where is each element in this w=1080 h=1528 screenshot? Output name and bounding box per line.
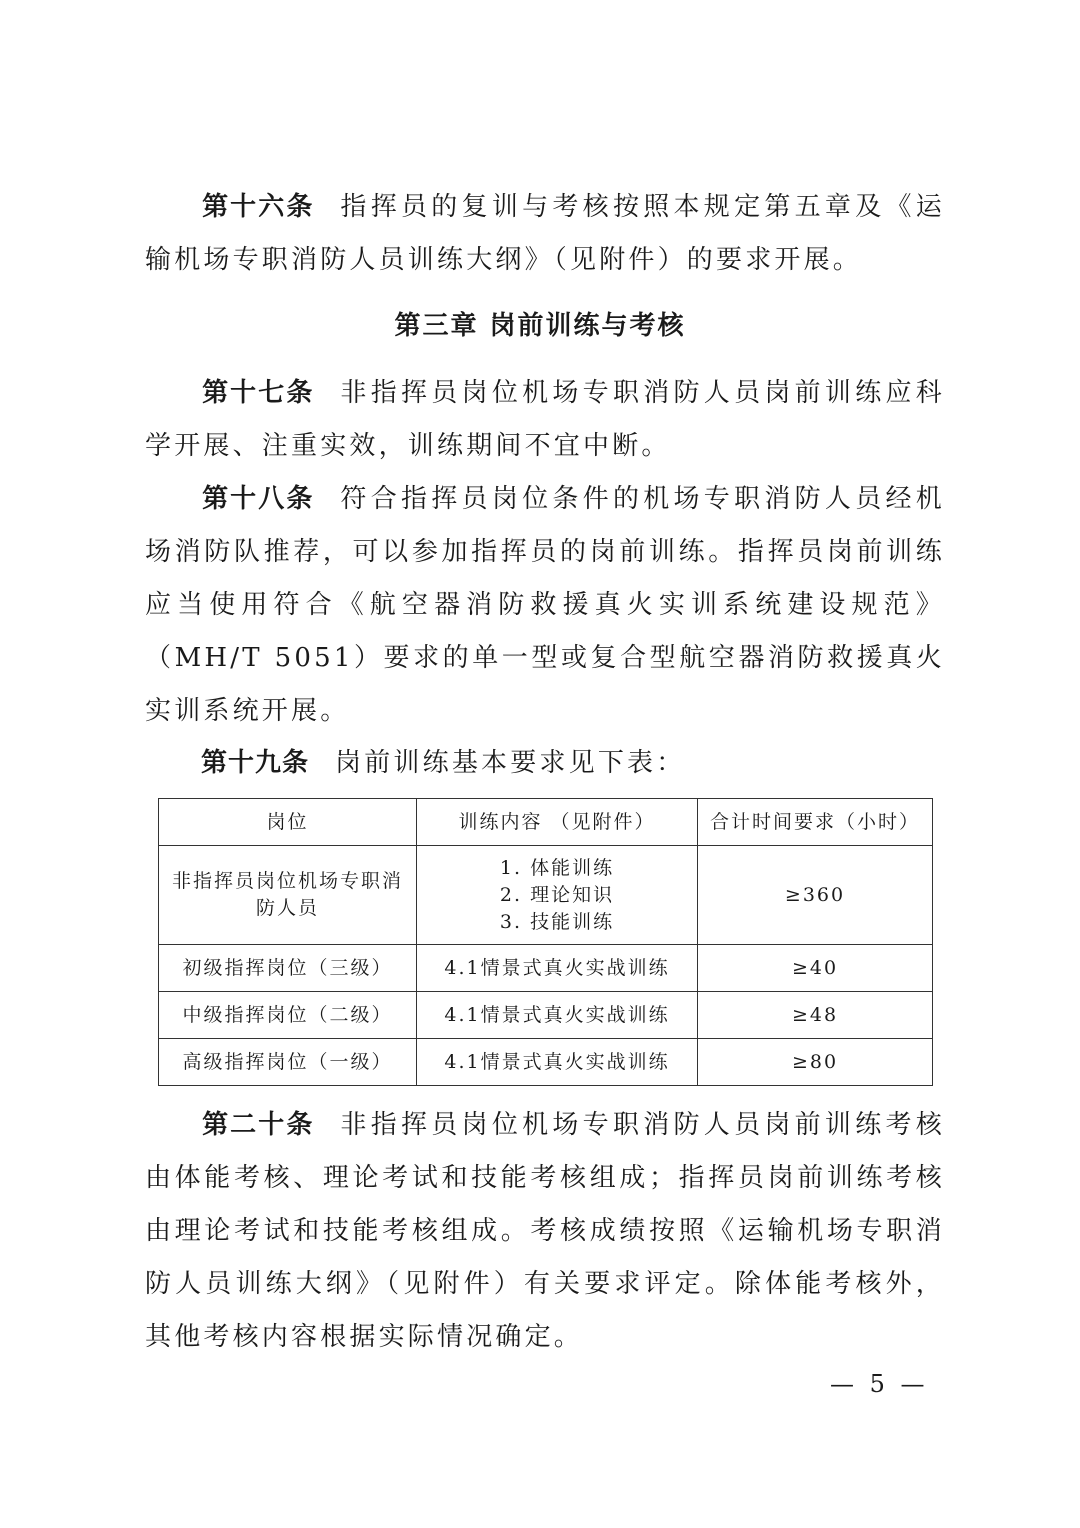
hours-cell: ≥360 (698, 846, 933, 945)
article-text: 符合指挥员岗位条件的机场专职消防人员经机场消防队推荐，可以参加指挥员的岗前训练。… (145, 484, 945, 726)
hours-cell: ≥48 (698, 992, 933, 1039)
table-row: 初级指挥岗位（三级） 4.1情景式真火实战训练 ≥40 (159, 945, 933, 992)
header-cell: 岗位 (159, 799, 417, 846)
hours-cell: ≥40 (698, 945, 933, 992)
content-item: 3. 技能训练 (423, 909, 691, 936)
page-number: — 5 — (830, 1370, 929, 1398)
training-requirements-table: 岗位 训练内容 （见附件） 合计时间要求（小时） 非指挥员岗位机场专职消防人员 … (158, 798, 933, 1086)
content-item: 1. 体能训练 (423, 855, 691, 882)
table-header-row: 岗位 训练内容 （见附件） 合计时间要求（小时） (159, 799, 933, 846)
position-cell: 中级指挥岗位（二级） (159, 992, 417, 1039)
table-row: 高级指挥岗位（一级） 4.1情景式真火实战训练 ≥80 (159, 1039, 933, 1086)
article-label: 第十九条 (201, 748, 309, 778)
article-label: 第二十条 (201, 1110, 314, 1140)
hours-cell: ≥80 (698, 1039, 933, 1086)
table-row: 非指挥员岗位机场专职消防人员 1. 体能训练 2. 理论知识 3. 技能训练 ≥… (159, 846, 933, 945)
article-18: 第十八条符合指挥员岗位条件的机场专职消防人员经机场消防队推荐，可以参加指挥员的岗… (145, 473, 945, 738)
chapter-title: 第三章 岗前训练与考核 (0, 305, 1080, 342)
table-row: 中级指挥岗位（二级） 4.1情景式真火实战训练 ≥48 (159, 992, 933, 1039)
article-16: 第十六条指挥员的复训与考核按照本规定第五章及《运输机场专职消防人员训练大纲》（见… (145, 181, 945, 287)
article-text: 岗前训练基本要求见下表： (335, 748, 685, 778)
article-label: 第十八条 (201, 484, 314, 514)
article-label: 第十七条 (201, 378, 314, 408)
position-cell: 初级指挥岗位（三级） (159, 945, 417, 992)
article-19: 第十九条岗前训练基本要求见下表： (145, 737, 945, 790)
content-item: 2. 理论知识 (423, 882, 691, 909)
content-cell: 4.1情景式真火实战训练 (417, 945, 698, 992)
article-text: 非指挥员岗位机场专职消防人员岗前训练考核由体能考核、理论考试和技能考核组成；指挥… (145, 1110, 945, 1352)
position-cell: 非指挥员岗位机场专职消防人员 (159, 846, 417, 945)
content-cell: 4.1情景式真火实战训练 (417, 1039, 698, 1086)
header-cell: 合计时间要求（小时） (698, 799, 933, 846)
document-page: 第十六条指挥员的复训与考核按照本规定第五章及《运输机场专职消防人员训练大纲》（见… (0, 0, 1080, 1528)
article-20: 第二十条非指挥员岗位机场专职消防人员岗前训练考核由体能考核、理论考试和技能考核组… (145, 1099, 945, 1364)
content-cell: 4.1情景式真火实战训练 (417, 992, 698, 1039)
position-cell: 高级指挥岗位（一级） (159, 1039, 417, 1086)
header-cell: 训练内容 （见附件） (417, 799, 698, 846)
content-cell: 1. 体能训练 2. 理论知识 3. 技能训练 (417, 846, 698, 945)
article-label: 第十六条 (201, 192, 314, 222)
article-17: 第十七条非指挥员岗位机场专职消防人员岗前训练应科学开展、注重实效，训练期间不宜中… (145, 367, 945, 473)
